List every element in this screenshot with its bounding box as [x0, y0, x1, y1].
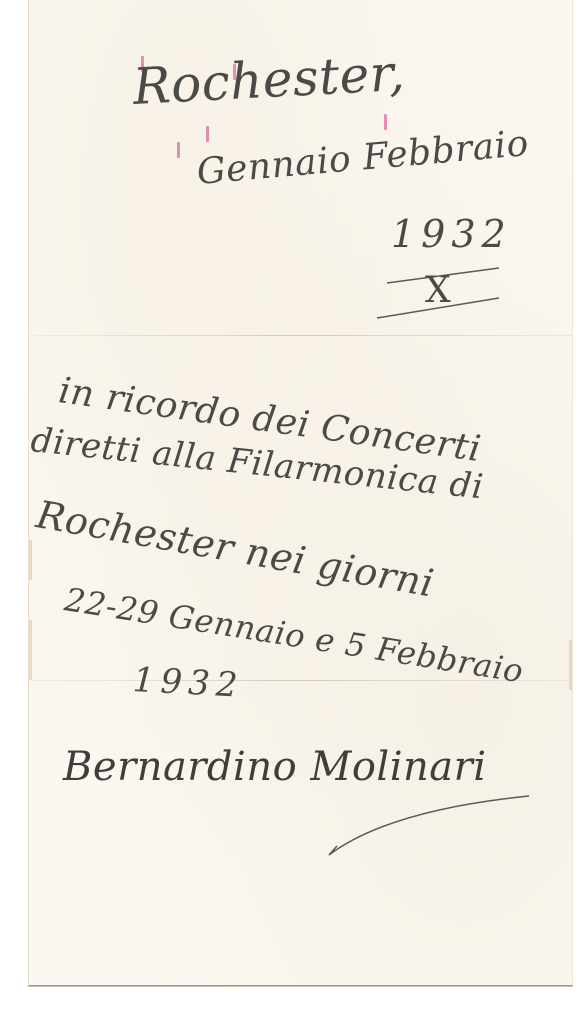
paper-sheet: Rochester, Gennaio Febbraio 1932 X in ri… [28, 0, 573, 986]
page: Rochester, Gennaio Febbraio 1932 X in ri… [0, 0, 576, 1014]
signature-flourish [29, 0, 572, 1000]
